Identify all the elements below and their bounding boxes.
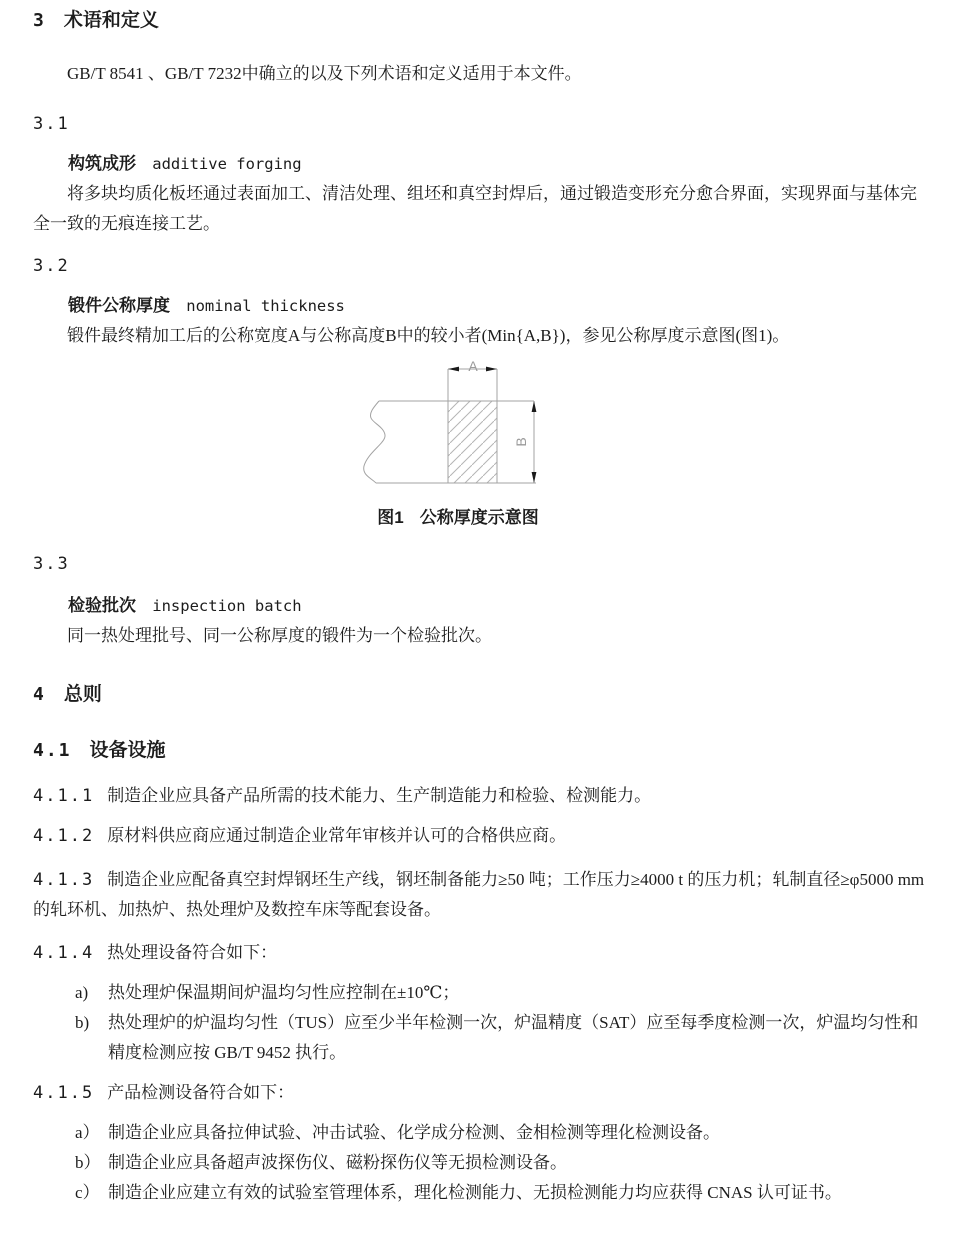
figure-1-caption: 图1 公称厚度示意图 <box>333 503 583 533</box>
list-item-a-marker: a) <box>75 978 108 1008</box>
list-item-c-marker: c） <box>75 1178 108 1208</box>
clause-4-1-4-list: a) 热处理炉保温期间炉温均匀性应控制在±10℃； b) 热处理炉的炉温均匀性（… <box>33 978 933 1068</box>
list-item-b-text: 热处理炉的炉温均匀性（TUS）应至少半年检测一次，炉温精度（SAT）应至每季度检… <box>108 1008 933 1068</box>
term-3-1-number: 3.1 <box>33 109 933 139</box>
section-4-title: 总则 <box>64 682 102 708</box>
list-item-b: b） 制造企业应具备超声波探伤仪、磁粉探伤仪等无损检测设备。 <box>75 1148 933 1178</box>
clause-4-1-5-list: a） 制造企业应具备拉伸试验、冲击试验、化学成分检测、金相检测等理化检测设备。 … <box>33 1118 933 1208</box>
term-3-2-definition: 锻件最终精加工后的公称宽度A与公称高度B中的较小者(Min{A,B})，参见公称… <box>33 321 933 351</box>
clause-4-1-3-text: 制造企业应配备真空封焊钢坯生产线，钢坯制备能力≥50 吨；工作压力≥4000 t… <box>33 870 924 919</box>
term-3-1-definition: 将多块均质化板坯通过表面加工、清洁处理、组坯和真空封焊后，通过锻造变形充分愈合界… <box>33 179 933 239</box>
figure-1-caption-title: 公称厚度示意图 <box>420 503 539 533</box>
term-3-1-name-zh: 构筑成形 <box>68 154 136 173</box>
term-3-2-name-zh: 锻件公称厚度 <box>68 296 170 315</box>
term-3-1-name-en: additive forging <box>152 155 301 173</box>
clause-4-1-4-number: 4.1.4 <box>33 943 94 963</box>
term-3-2-name-en: nominal thickness <box>186 297 345 315</box>
term-3-2-title: 锻件公称厚度 nominal thickness <box>68 291 933 321</box>
list-item-b-marker: b) <box>75 1008 108 1068</box>
list-item-a: a) 热处理炉保温期间炉温均匀性应控制在±10℃； <box>75 978 933 1008</box>
dimension-b-label: B <box>513 437 529 446</box>
clause-4-1-4-text: 热处理设备符合如下： <box>107 943 277 962</box>
section-3-title: 术语和定义 <box>64 8 159 34</box>
arrowhead-a-right <box>486 367 497 372</box>
list-item-b-text: 制造企业应具备超声波探伤仪、磁粉探伤仪等无损检测设备。 <box>108 1148 933 1178</box>
term-3-3-definition: 同一热处理批号、同一公称厚度的锻件为一个检验批次。 <box>33 621 933 651</box>
clause-4-1-4: 4.1.4热处理设备符合如下： <box>33 938 933 968</box>
clause-4-1-1-number: 4.1.1 <box>33 786 94 806</box>
arrowhead-a-left <box>448 367 459 372</box>
clause-4-1-3: 4.1.3制造企业应配备真空封焊钢坯生产线，钢坯制备能力≥50 吨；工作压力≥4… <box>33 865 933 925</box>
clause-4-1-2: 4.1.2原材料供应商应通过制造企业常年审核并认可的合格供应商。 <box>33 821 933 851</box>
list-item-c: c） 制造企业应建立有效的试验室管理体系，理化检测能力、无损检测能力均应获得 C… <box>75 1178 933 1208</box>
section-4-1-title: 设备设施 <box>90 738 166 764</box>
arrowhead-b-bottom <box>532 472 537 483</box>
term-3-3-name-zh: 检验批次 <box>68 596 136 615</box>
list-item-a-marker: a） <box>75 1118 108 1148</box>
figure-1-drawing: A B <box>340 355 570 495</box>
clause-4-1-1: 4.1.1制造企业应具备产品所需的技术能力、生产制造能力和检验、检测能力。 <box>33 781 933 811</box>
terms-intro-paragraph: GB/T 8541 、GB/T 7232中确立的以及下列术语和定义适用于本文件。 <box>33 59 933 89</box>
section-4-1-number: 4.1 <box>33 738 72 764</box>
list-item-a-text: 热处理炉保温期间炉温均匀性应控制在±10℃； <box>108 978 933 1008</box>
clause-4-1-2-text: 原材料供应商应通过制造企业常年审核并认可的合格供应商。 <box>107 826 566 845</box>
dimension-a-label: A <box>468 358 478 374</box>
list-item-c-text: 制造企业应建立有效的试验室管理体系，理化检测能力、无损检测能力均应获得 CNAS… <box>108 1178 933 1208</box>
clause-4-1-1-text: 制造企业应具备产品所需的技术能力、生产制造能力和检验、检测能力。 <box>107 786 651 805</box>
clause-4-1-3-number: 4.1.3 <box>33 870 94 890</box>
clause-4-1-2-number: 4.1.2 <box>33 826 94 846</box>
figure-1-caption-number: 图1 <box>377 503 403 533</box>
standard-document-page: 3 术语和定义 GB/T 8541 、GB/T 7232中确立的以及下列术语和定… <box>0 0 959 1246</box>
list-item-b-marker: b） <box>75 1148 108 1178</box>
section-4-heading: 4 总则 <box>33 682 933 708</box>
hatched-section <box>448 401 497 483</box>
section-3-heading: 3 术语和定义 <box>33 8 933 34</box>
clause-4-1-5-number: 4.1.5 <box>33 1083 94 1103</box>
list-item-b: b) 热处理炉的炉温均匀性（TUS）应至少半年检测一次，炉温精度（SAT）应至每… <box>75 1008 933 1068</box>
section-4-number: 4 <box>33 682 46 708</box>
arrowhead-b-top <box>532 401 537 412</box>
list-item-a-text: 制造企业应具备拉伸试验、冲击试验、化学成分检测、金相检测等理化检测设备。 <box>108 1118 933 1148</box>
list-item-a: a） 制造企业应具备拉伸试验、冲击试验、化学成分检测、金相检测等理化检测设备。 <box>75 1118 933 1148</box>
term-3-2-number: 3.2 <box>33 251 933 281</box>
term-3-1-title: 构筑成形 additive forging <box>68 149 933 179</box>
clause-4-1-5: 4.1.5产品检测设备符合如下： <box>33 1078 933 1108</box>
section-4-1-heading: 4.1 设备设施 <box>33 738 933 764</box>
term-3-3-name-en: inspection batch <box>152 597 301 615</box>
break-line <box>364 401 385 483</box>
term-3-3-number: 3.3 <box>33 549 933 579</box>
section-3-number: 3 <box>33 8 46 34</box>
term-3-3-title: 检验批次 inspection batch <box>68 591 933 621</box>
clause-4-1-5-text: 产品检测设备符合如下： <box>107 1083 294 1102</box>
